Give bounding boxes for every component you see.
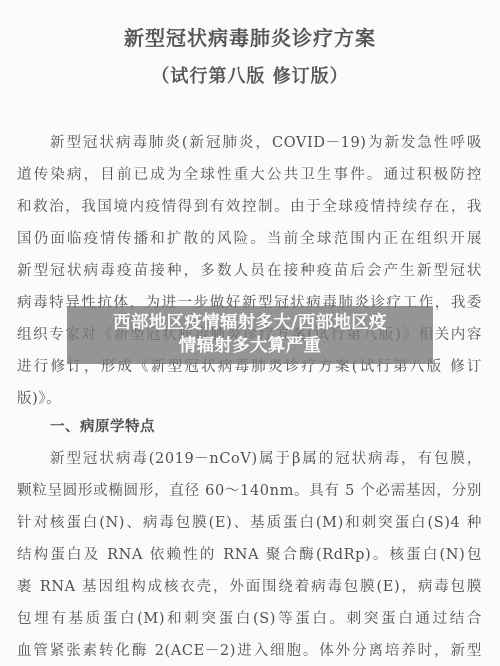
document-page: 新型冠状病毒肺炎诊疗方案 （试行第八版 修订版） 新型冠状病毒肺炎(新冠肺炎，C… <box>0 0 500 666</box>
section-line: 包埋有基质蛋白(M)和刺突蛋白(S)等蛋白。刺突蛋白通过结合 <box>17 609 482 629</box>
section-line: 裹 RNA 基因组构成核衣壳，外面围绕着病毒包膜(E)，病毒包膜 <box>17 577 482 597</box>
document-subtitle: （试行第八版 修订版） <box>0 62 500 88</box>
section-line: 血管紧张素转化酶 2(ACE－2)进入细胞。体外分离培养时，新型 <box>17 641 482 661</box>
headline-overlay: 西部地区疫情辐射多大/西部地区疫 情辐射多大算严重 <box>67 306 433 364</box>
intro-line: 国仍面临疫情传播和扩散的风险。当前全球范围内正在组织开展 <box>17 229 482 249</box>
section-line: 新型冠状病毒(2019－nCoV)属于β属的冠状病毒，有包膜， <box>50 449 482 469</box>
section-line: 结构蛋白及 RNA 依赖性的 RNA 聚合酶(RdRp)。核蛋白(N)包 <box>17 545 482 565</box>
overlay-headline-line1: 西部地区疫情辐射多大/西部地区疫 <box>113 312 387 335</box>
section-line: 针对核蛋白(N)、病毒包膜(E)、基质蛋白(M)和刺突蛋白(S)4 种 <box>17 513 482 533</box>
intro-line: 新型冠状病毒肺炎(新冠肺炎，COVID－19)为新发急性呼吸 <box>50 133 482 153</box>
overlay-headline-line2: 情辐射多大算严重 <box>179 335 321 358</box>
intro-line: 道传染病，目前已成为全球性重大公共卫生事件。通过积极防控 <box>17 165 482 185</box>
section-line: 颗粒呈圆形或椭圆形，直径 60～140nm。具有 5 个必需基因，分别 <box>17 481 482 501</box>
intro-line: 和救治，我国境内疫情得到有效控制。由于全球疫情持续存在，我 <box>17 197 482 217</box>
document-title: 新型冠状病毒肺炎诊疗方案 <box>0 22 500 51</box>
intro-line: 新型冠状病毒疫苗接种，多数人员在接种疫苗后会产生新型冠状 <box>17 261 482 281</box>
intro-line: 版)》。 <box>17 389 482 409</box>
section-heading: 一、病原学特点 <box>50 415 155 436</box>
